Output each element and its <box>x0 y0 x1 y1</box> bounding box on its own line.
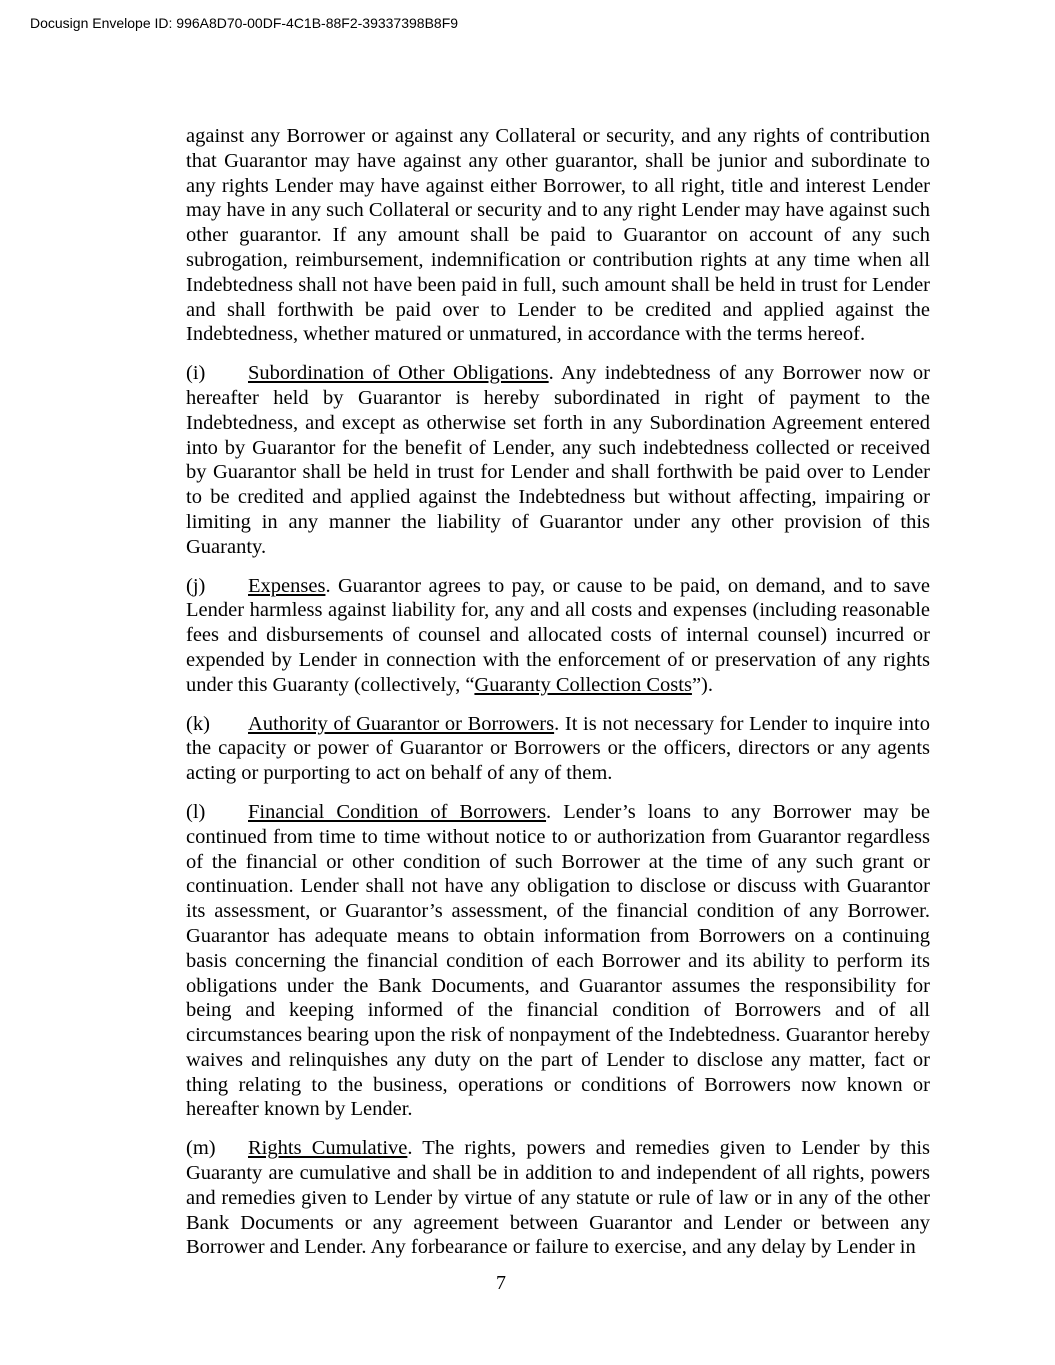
paragraph-heading: Expenses <box>248 575 325 597</box>
docusign-envelope-id: Docusign Envelope ID: 996A8D70-00DF-4C1B… <box>30 15 458 31</box>
paragraph-text: . Any indebtedness of any Borrower now o… <box>186 362 930 558</box>
paragraph-text: . Lender’s loans to any Borrower may be … <box>186 801 930 1121</box>
paragraph-heading: Rights Cumulative <box>248 1137 407 1159</box>
paragraph-label: (m) <box>186 1136 248 1161</box>
paragraph-label: (l) <box>186 800 248 825</box>
paragraph-heading: Authority of Guarantor or Borrowers <box>248 713 554 735</box>
paragraph-k: (k)Authority of Guarantor or Borrowers. … <box>186 712 930 786</box>
defined-term: Guaranty Collection Costs <box>474 674 692 696</box>
paragraph-heading: Financial Condition of Borrowers <box>248 801 546 823</box>
paragraph-l: (l)Financial Condition of Borrowers. Len… <box>186 800 930 1122</box>
paragraph-label: (i) <box>186 361 248 386</box>
paragraph-heading: Subordination of Other Obligations <box>248 362 549 384</box>
paragraph-label: (j) <box>186 574 248 599</box>
paragraph-m: (m)Rights Cumulative. The rights, powers… <box>186 1136 930 1260</box>
page-number: 7 <box>0 1272 1002 1295</box>
paragraph-continuation: against any Borrower or against any Coll… <box>186 124 930 347</box>
paragraph-label: (k) <box>186 712 248 737</box>
paragraph-j: (j)Expenses. Guarantor agrees to pay, or… <box>186 574 930 698</box>
paragraph-text: against any Borrower or against any Coll… <box>186 125 930 345</box>
paragraph-text: ”). <box>692 674 713 696</box>
document-body: against any Borrower or against any Coll… <box>186 124 930 1260</box>
document-page: Docusign Envelope ID: 996A8D70-00DF-4C1B… <box>0 0 1055 1365</box>
paragraph-i: (i)Subordination of Other Obligations. A… <box>186 361 930 559</box>
